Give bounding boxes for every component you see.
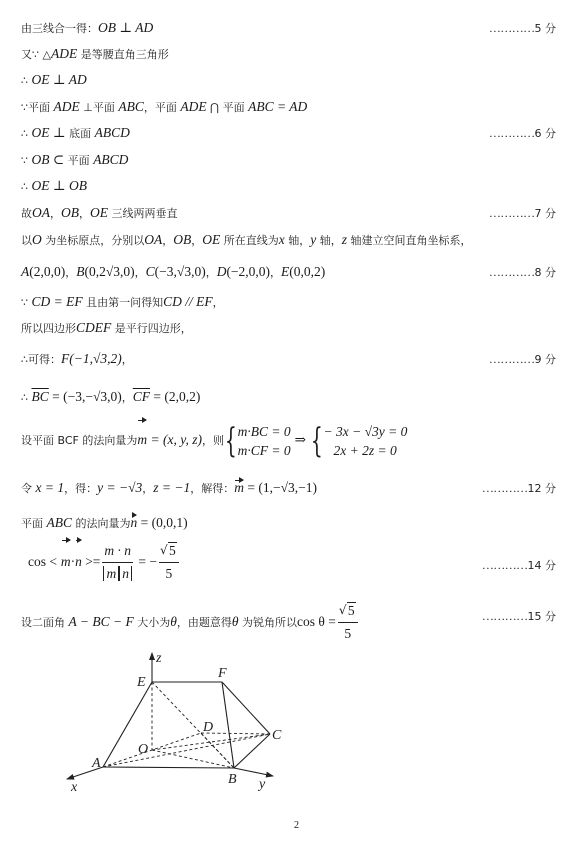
math: ABCD (93, 152, 128, 167)
math: OE (202, 232, 220, 247)
text: ∴ (21, 74, 32, 87)
score-dots: ………… (482, 481, 528, 495)
score-dots: ………… (489, 21, 535, 35)
equation: m·CF = 0 (238, 441, 291, 460)
proof-line-16: 令 x = 1，得：y = −√3，z = −1，解得：m = (1,−√3,−… (21, 480, 317, 497)
math: CD = EF (32, 294, 83, 309)
text: ， (50, 207, 61, 220)
text: ， (191, 234, 202, 247)
score-dots: ………… (489, 206, 535, 220)
math: O (32, 232, 42, 247)
text: 轴建立空间直角坐标系， (347, 234, 472, 247)
math: ABCD (95, 125, 130, 140)
math: ABC (47, 515, 73, 530)
text: ∵平面 (21, 101, 54, 114)
text: 平面 (64, 154, 93, 167)
vector-n: n (75, 540, 82, 584)
math: OB ⊥ AD (98, 20, 153, 35)
proof-line-6: ∵ OB ⊂ 平面 ABCD (21, 152, 128, 169)
proof-line-9: 以O 为坐标原点，分别以OA，OB，OE 所在直线为x 轴，y 轴，z 轴建立空… (21, 232, 472, 249)
text: 是等腰直角三角形 (77, 48, 169, 61)
point-name: C (146, 264, 155, 279)
proof-line-5: ∴ OE ⊥ 底面 ABCD (21, 125, 130, 142)
score-15: …………15 分 (482, 608, 556, 624)
math: θ (232, 614, 239, 629)
label-x: x (70, 780, 78, 795)
text: ⊥平面 (80, 101, 119, 114)
label-a: A (91, 756, 101, 771)
math: OB ⊂ (32, 152, 65, 167)
text: 以 (21, 234, 32, 247)
point-coords: (0,2√3,0) (85, 264, 135, 279)
text: 由三线合一得： (21, 22, 98, 35)
score-label: 5 分 (535, 22, 557, 35)
text: ，得： (64, 482, 97, 495)
label-c: C (272, 728, 282, 743)
proof-line-4: ∵平面 ADE ⊥平面 ABC，平面 ADE ⋂ 平面 ABC = AD (21, 99, 307, 116)
text: ∵ (21, 154, 32, 167)
math: = (x, y, z) (147, 432, 202, 447)
text: 轴， (316, 234, 342, 247)
label-z: z (155, 651, 162, 666)
text: 是平行四边形， (111, 322, 192, 335)
math: ADE (180, 99, 206, 114)
text: ⋂ 平面 (207, 101, 249, 114)
score-label: 9 分 (535, 353, 557, 366)
text: ，由题意得 (177, 616, 232, 629)
proof-line-1: 由三线合一得：OB ⊥ AD (21, 20, 153, 37)
text: ， (122, 391, 133, 404)
point-name: A (21, 264, 29, 279)
text: ∴可得： (21, 353, 61, 366)
equation: 2x + 2z = 0 (324, 441, 408, 460)
text: 且由第一问得知 (83, 296, 164, 309)
text: 平面 (21, 517, 47, 530)
text: 为坐标原点，分别以 (42, 234, 145, 247)
point-coords: (2,0,0) (29, 264, 65, 279)
text: 的法向量为 (72, 517, 131, 530)
radicand: 5 (168, 542, 177, 558)
math: y = −√3 (97, 480, 142, 495)
math: OE (90, 205, 108, 220)
text: 大小为 (134, 616, 171, 629)
math: OB (173, 232, 191, 247)
proof-line-3: ∴ OE ⊥ AD (21, 72, 87, 89)
math: = (2,0,2) (150, 389, 200, 404)
point-coords: (−2,0,0) (226, 264, 270, 279)
fraction: 55 (159, 540, 179, 585)
math: OE ⊥ (32, 125, 66, 140)
math: = (1,−√3,−1) (244, 480, 317, 495)
norm-n: n (119, 566, 132, 581)
equation-system-1: m·BC = 0m·CF = 0 (238, 422, 291, 460)
fraction: m · nmn (102, 540, 133, 585)
math: ABC (118, 99, 144, 114)
math: cos θ = (297, 614, 336, 629)
score-dots: ………… (489, 126, 535, 140)
math: OE ⊥ OB (32, 178, 87, 193)
point-coords: (0,0,2) (289, 264, 325, 279)
proof-line-13: ∴可得：F(−1,√3,2)， (21, 351, 133, 368)
equation: − 3x − √3y = 0 (324, 422, 408, 441)
text: 故 (21, 207, 32, 220)
proof-line-18: cos < m·n >=m · nmn = −55 (28, 540, 181, 585)
math: = (0,0,1) (137, 515, 187, 530)
point-name: B (76, 264, 84, 279)
radicand: 5 (347, 602, 356, 618)
proof-line-11: ∵ CD = EF 且由第一问得知CD // EF， (21, 294, 224, 311)
vector-cf: CF (133, 389, 150, 404)
score-dots: ………… (489, 352, 535, 366)
math: = (−3,−√3,0) (49, 389, 122, 404)
left-brace: { (311, 424, 323, 458)
score-label: 6 分 (535, 127, 557, 140)
proof-line-17: 平面 ABC 的法向量为n = (0,0,1) (21, 515, 188, 532)
text: ，则 (202, 434, 224, 447)
point-coords: (−3,√3,0) (155, 264, 206, 279)
equation-system-2: − 3x − √3y = 02x + 2z = 0 (324, 422, 408, 460)
math: F(−1,√3,2) (61, 351, 122, 366)
proof-line-19: 设二面角 A − BC − F 大小为θ，由题意得θ 为锐角所以cos θ =5… (21, 600, 360, 645)
score-14: …………14 分 (482, 557, 556, 573)
text: ∴ (21, 127, 32, 140)
text: ∴ (21, 391, 32, 404)
math: ABC = AD (248, 99, 307, 114)
equation: m·BC = 0 (238, 422, 291, 441)
score-dots: ………… (482, 609, 528, 623)
proof-line-10: A(2,0,0)，B(0,2√3,0)，C(−3,√3,0)，D(−2,0,0)… (21, 264, 325, 281)
page-number: 2 (294, 820, 299, 831)
text: ， (142, 482, 153, 495)
score-5: …………5 分 (489, 20, 556, 36)
left-brace: { (225, 424, 237, 458)
score-9: …………9 分 (489, 351, 556, 367)
math: ADE (51, 46, 77, 61)
vector-m: m (137, 420, 147, 460)
math: θ (170, 614, 177, 629)
denominator: 5 (338, 623, 358, 645)
text: ， (122, 353, 133, 366)
math: = − (135, 554, 157, 569)
text: 底面 (66, 127, 95, 140)
proof-line-14: ∴ BC = (−3,−√3,0)，CF = (2,0,2) (21, 389, 200, 406)
label-f: F (217, 666, 227, 681)
vector-n: n (131, 515, 138, 531)
math: CD // EF (163, 294, 213, 309)
proof-line-12: 所以四边形CDEF 是平行四边形， (21, 320, 192, 337)
text: 三线两两垂直 (108, 207, 178, 220)
proof-line-7: ∴ OE ⊥ OB (21, 178, 87, 195)
math: OA (32, 205, 50, 220)
score-label: 15 分 (528, 610, 557, 623)
label-y: y (257, 777, 266, 792)
proof-line-15: 设平面 BCF 的法向量为m = (x, y, z)，则{m·BC = 0m·C… (21, 420, 407, 461)
score-label: 7 分 (535, 207, 557, 220)
label-e: E (136, 675, 146, 690)
score-12: …………12 分 (482, 480, 556, 496)
math: OA (144, 232, 162, 247)
text: 所在直线为 (220, 234, 279, 247)
numerator: 5 (338, 600, 358, 623)
math: OB (61, 205, 79, 220)
text: 又∵ △ (21, 48, 51, 61)
denominator: mn (102, 563, 133, 585)
numerator: 5 (159, 540, 179, 563)
label-d: D (202, 720, 213, 735)
text: ∵ (21, 296, 32, 309)
math: x = 1 (36, 480, 65, 495)
score-label: 8 分 (535, 266, 557, 279)
text: 令 (21, 482, 36, 495)
math: >= (82, 554, 101, 569)
norm-m: m (103, 566, 119, 581)
math: ADE (54, 99, 80, 114)
vector-m: m (61, 540, 71, 584)
score-7: …………7 分 (489, 205, 556, 221)
math: cos < (28, 554, 57, 569)
vector-bc: BC (32, 389, 49, 404)
text: ∴ (21, 180, 32, 193)
vector-m: m (234, 480, 244, 496)
score-dots: ………… (482, 558, 528, 572)
denominator: 5 (159, 563, 179, 585)
text: ， (79, 207, 90, 220)
fraction: 55 (338, 600, 358, 645)
score-8: …………8 分 (489, 264, 556, 280)
text: 所以四边形 (21, 322, 76, 335)
math: z = −1 (153, 480, 190, 495)
math: A − BC − F (69, 614, 134, 629)
text: 设平面 BCF 的法向量为 (21, 434, 137, 447)
score-label: 12 分 (528, 482, 557, 495)
score-label: 14 分 (528, 559, 557, 572)
point-name: D (217, 264, 227, 279)
text: ，平面 (144, 101, 181, 114)
math: CDEF (76, 320, 111, 335)
numerator: m · n (102, 540, 133, 563)
implies-symbol: ⇒ (295, 432, 306, 447)
score-6: …………6 分 (489, 125, 556, 141)
text: ， (162, 234, 173, 247)
proof-line-8: 故OA，OB，OE 三线两两垂直 (21, 205, 178, 222)
text: 轴， (285, 234, 311, 247)
proof-line-2: 又∵ △ADE 是等腰直角三角形 (21, 46, 169, 63)
score-dots: ………… (489, 265, 535, 279)
math: OE ⊥ AD (32, 72, 87, 87)
label-o: O (138, 742, 148, 757)
label-b: B (228, 772, 237, 787)
text: ， (213, 296, 224, 309)
text: 为锐角所以 (239, 616, 298, 629)
text: ，解得： (190, 482, 234, 495)
text: 设二面角 (21, 616, 69, 629)
